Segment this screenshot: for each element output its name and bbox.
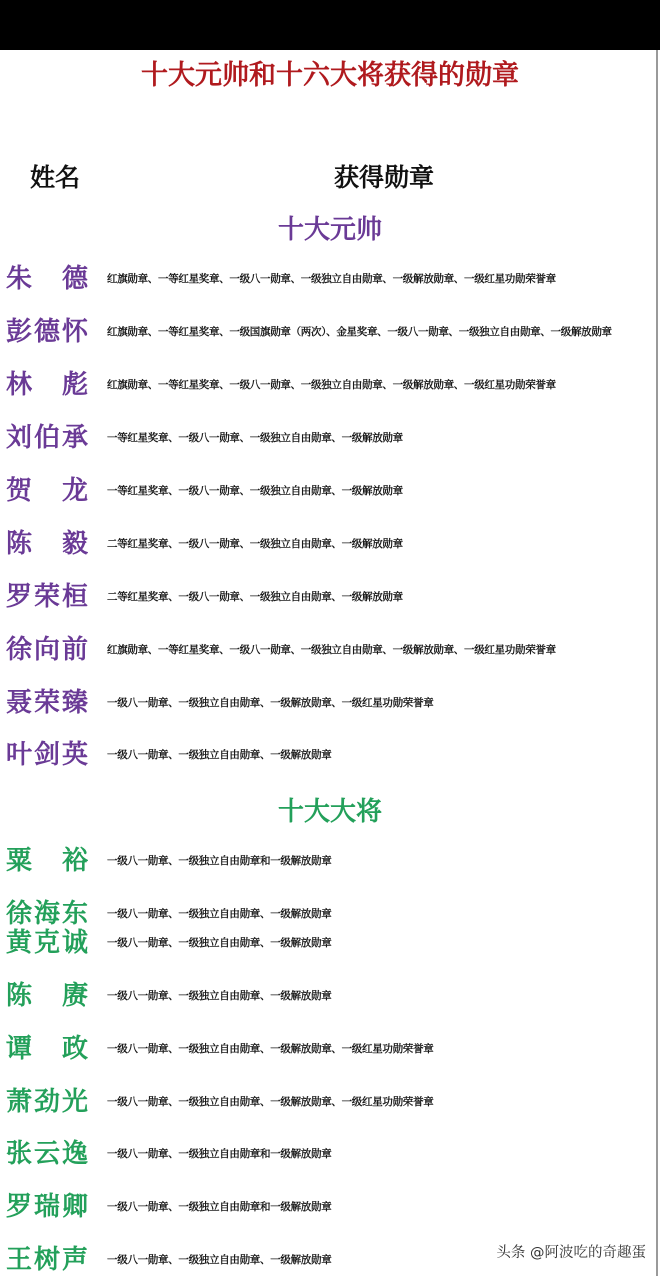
medal-list: 红旗勋章、一等红星奖章、一级八一勋章、一级独立自由勋章、一级解放勋章、一级红星功… xyxy=(107,272,556,286)
medal-list: 一级八一勋章、一级独立自由勋章、一级解放勋章 xyxy=(107,989,331,1003)
medal-list: 一级八一勋章、一级独立自由勋章、一级解放勋章、一级红星功勋荣誉章 xyxy=(107,1095,433,1109)
person-name: 陈赓 xyxy=(6,979,88,1013)
person-name: 朱德 xyxy=(6,262,88,296)
table-row: 罗瑞卿 一级八一勋章、一级独立自由勋章和一级解放勋章 xyxy=(0,1190,660,1230)
person-name: 林彪 xyxy=(6,368,88,402)
person-name: 刘伯承 xyxy=(6,421,88,455)
table-row: 张云逸 一级八一勋章、一级独立自由勋章和一级解放勋章 xyxy=(0,1137,660,1177)
table-row: 粟裕 一级八一勋章、一级独立自由勋章和一级解放勋章 xyxy=(0,844,660,884)
table-row: 贺龙 一等红星奖章、一级八一勋章、一级独立自由勋章、一级解放勋章 xyxy=(0,474,660,514)
medal-list: 一级八一勋章、一级独立自由勋章、一级解放勋章 xyxy=(107,907,331,921)
person-name: 黄克诚 xyxy=(6,926,88,960)
person-name: 彭德怀 xyxy=(6,315,88,349)
table-row: 叶剑英 一级八一勋章、一级独立自由勋章、一级解放勋章 xyxy=(0,738,660,778)
table-row: 彭德怀 红旗勋章、一等红星奖章、一级国旗勋章（两次）、金星奖章、一级八一勋章、一… xyxy=(0,315,660,355)
medal-list: 一级八一勋章、一级独立自由勋章、一级解放勋章 xyxy=(107,1253,331,1267)
medal-list: 一级八一勋章、一级独立自由勋章、一级解放勋章、一级红星功勋荣誉章 xyxy=(107,1042,433,1056)
table-row: 谭政 一级八一勋章、一级独立自由勋章、一级解放勋章、一级红星功勋荣誉章 xyxy=(0,1032,660,1072)
person-name: 萧劲光 xyxy=(6,1085,88,1119)
table-row: 徐向前 红旗勋章、一等红星奖章、一级八一勋章、一级独立自由勋章、一级解放勋章、一… xyxy=(0,633,660,673)
medal-list: 一级八一勋章、一级独立自由勋章、一级解放勋章 xyxy=(107,748,331,762)
section-title-marshals: 十大元帅 xyxy=(0,209,660,246)
table-row: 罗荣桓 二等红星奖章、一级八一勋章、一级独立自由勋章、一级解放勋章 xyxy=(0,580,660,620)
medal-list: 二等红星奖章、一级八一勋章、一级独立自由勋章、一级解放勋章 xyxy=(107,590,403,604)
person-name: 贺龙 xyxy=(6,474,88,508)
medal-list: 红旗勋章、一等红星奖章、一级八一勋章、一级独立自由勋章、一级解放勋章、一级红星功… xyxy=(107,378,556,392)
watermark: 头条 @阿波吃的奇趣蛋 xyxy=(496,1241,646,1262)
person-name: 陈毅 xyxy=(6,527,88,561)
column-header-medals: 获得勋章 xyxy=(334,158,434,194)
person-name: 叶剑英 xyxy=(6,738,88,772)
person-name: 徐向前 xyxy=(6,633,88,667)
medal-list: 一级八一勋章、一级独立自由勋章和一级解放勋章 xyxy=(107,1147,331,1161)
table-row: 朱德 红旗勋章、一等红星奖章、一级八一勋章、一级独立自由勋章、一级解放勋章、一级… xyxy=(0,262,660,302)
document-title: 十大元帅和十六大将获得的勋章 xyxy=(0,53,660,92)
table-row: 萧劲光 一级八一勋章、一级独立自由勋章、一级解放勋章、一级红星功勋荣誉章 xyxy=(0,1085,660,1125)
person-name: 聂荣臻 xyxy=(6,686,88,720)
table-row: 黄克诚 一级八一勋章、一级独立自由勋章、一级解放勋章 xyxy=(0,926,660,966)
medal-list: 一级八一勋章、一级独立自由勋章、一级解放勋章、一级红星功勋荣誉章 xyxy=(107,696,433,710)
medal-list: 二等红星奖章、一级八一勋章、一级独立自由勋章、一级解放勋章 xyxy=(107,537,403,551)
medal-list: 一等红星奖章、一级八一勋章、一级独立自由勋章、一级解放勋章 xyxy=(107,431,403,445)
table-row: 林彪 红旗勋章、一等红星奖章、一级八一勋章、一级独立自由勋章、一级解放勋章、一级… xyxy=(0,368,660,408)
person-name: 罗瑞卿 xyxy=(6,1190,88,1224)
medal-list: 一级八一勋章、一级独立自由勋章、一级解放勋章 xyxy=(107,936,331,950)
medal-list: 红旗勋章、一等红星奖章、一级八一勋章、一级独立自由勋章、一级解放勋章、一级红星功… xyxy=(107,643,556,657)
person-name: 罗荣桓 xyxy=(6,580,88,614)
medal-list: 一等红星奖章、一级八一勋章、一级独立自由勋章、一级解放勋章 xyxy=(107,484,403,498)
medal-list: 红旗勋章、一等红星奖章、一级国旗勋章（两次）、金星奖章、一级八一勋章、一级独立自… xyxy=(107,325,612,339)
table-row: 陈毅 二等红星奖章、一级八一勋章、一级独立自由勋章、一级解放勋章 xyxy=(0,527,660,567)
person-name: 张云逸 xyxy=(6,1137,88,1171)
section-title-generals: 十大大将 xyxy=(0,791,660,828)
table-row: 陈赓 一级八一勋章、一级独立自由勋章、一级解放勋章 xyxy=(0,979,660,1019)
medal-list: 一级八一勋章、一级独立自由勋章和一级解放勋章 xyxy=(107,1200,331,1214)
person-name: 粟裕 xyxy=(6,844,88,878)
person-name: 谭政 xyxy=(6,1032,88,1066)
table-row: 聂荣臻 一级八一勋章、一级独立自由勋章、一级解放勋章、一级红星功勋荣誉章 xyxy=(0,686,660,726)
medal-list: 一级八一勋章、一级独立自由勋章和一级解放勋章 xyxy=(107,854,331,868)
person-name: 王树声 xyxy=(6,1243,88,1276)
top-black-bar xyxy=(0,0,660,50)
column-header-name: 姓名 xyxy=(30,158,80,194)
table-row: 刘伯承 一等红星奖章、一级八一勋章、一级独立自由勋章、一级解放勋章 xyxy=(0,421,660,461)
